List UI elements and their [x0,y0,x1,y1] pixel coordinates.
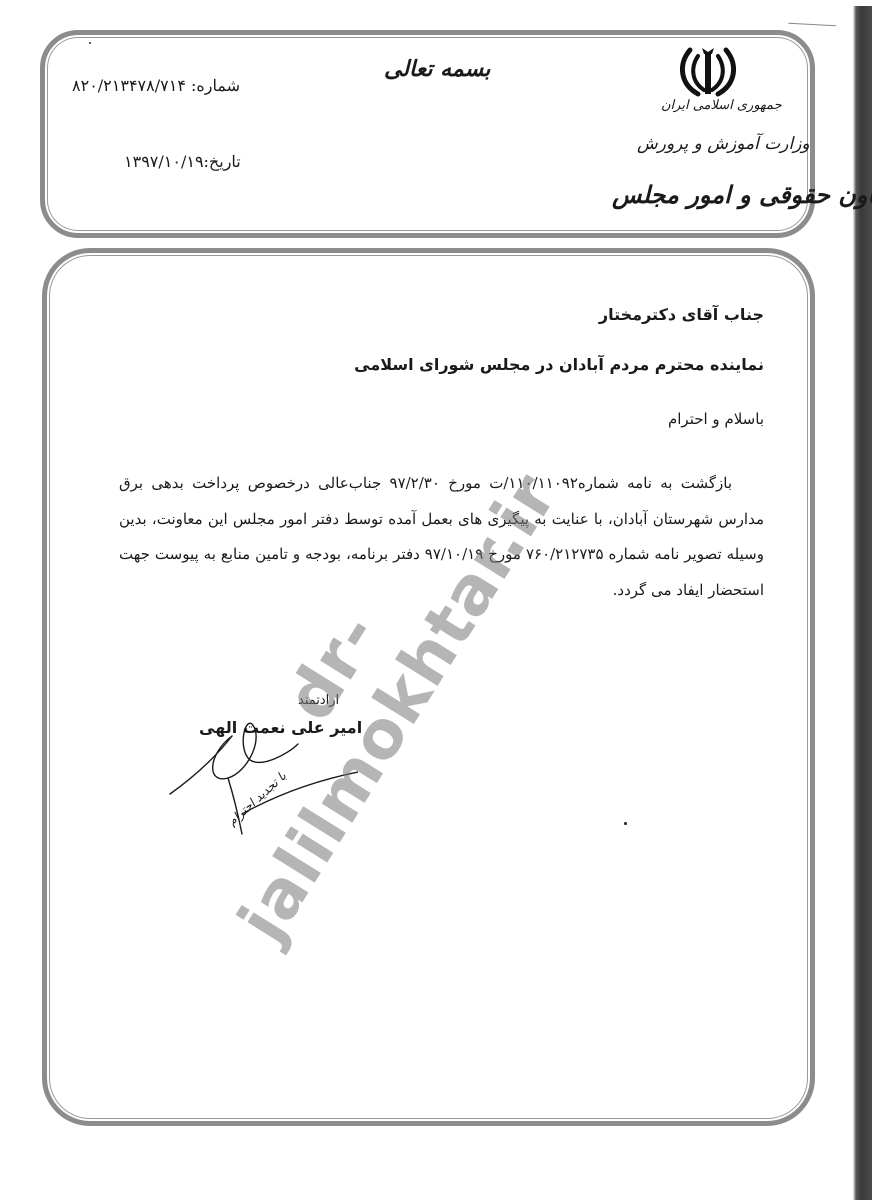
addressee-title: نماینده محترم مردم آبادان در مجلس شورای … [354,355,764,374]
org-country: جمهوری اسلامی ایران [661,98,782,113]
scan-speck [624,822,627,825]
letter-date-label: تاریخ: [204,152,241,171]
letter-number: شماره: ۸۲۰/۲۱۳۴۷۸/۷۱۴ [72,76,240,95]
letter-date: تاریخ:۱۳۹۷/۱۰/۱۹ [124,152,241,171]
addressee-name: جناب آقای دکترمختار [599,305,764,324]
org-ministry: وزارت آموزش و پرورش [637,134,810,154]
letter-body: بازگشت به نامه شماره۱۱۰/۱۱۰۹۲/ت مورخ ۹۷/… [119,466,764,608]
scan-artifact [788,23,836,34]
letter-date-value: ۱۳۹۷/۱۰/۱۹ [124,152,204,171]
scan-speck [89,42,91,44]
letter-body-paragraph: بازگشت به نامه شماره۱۱۰/۱۱۰۹۲/ت مورخ ۹۷/… [119,466,764,608]
iran-emblem-icon [676,44,740,100]
invocation-heading: بسمه تعالی [384,56,490,82]
org-department: معاون حقوقی و امور مجلس [612,180,872,209]
letter-body-frame [42,248,815,1126]
handwritten-signature-icon [168,694,358,854]
greeting: باسلام و احترام [668,410,764,428]
letter-number-value: ۸۲۰/۲۱۳۴۷۸/۷۱۴ [72,76,186,95]
letter-number-label: شماره: [191,76,240,95]
